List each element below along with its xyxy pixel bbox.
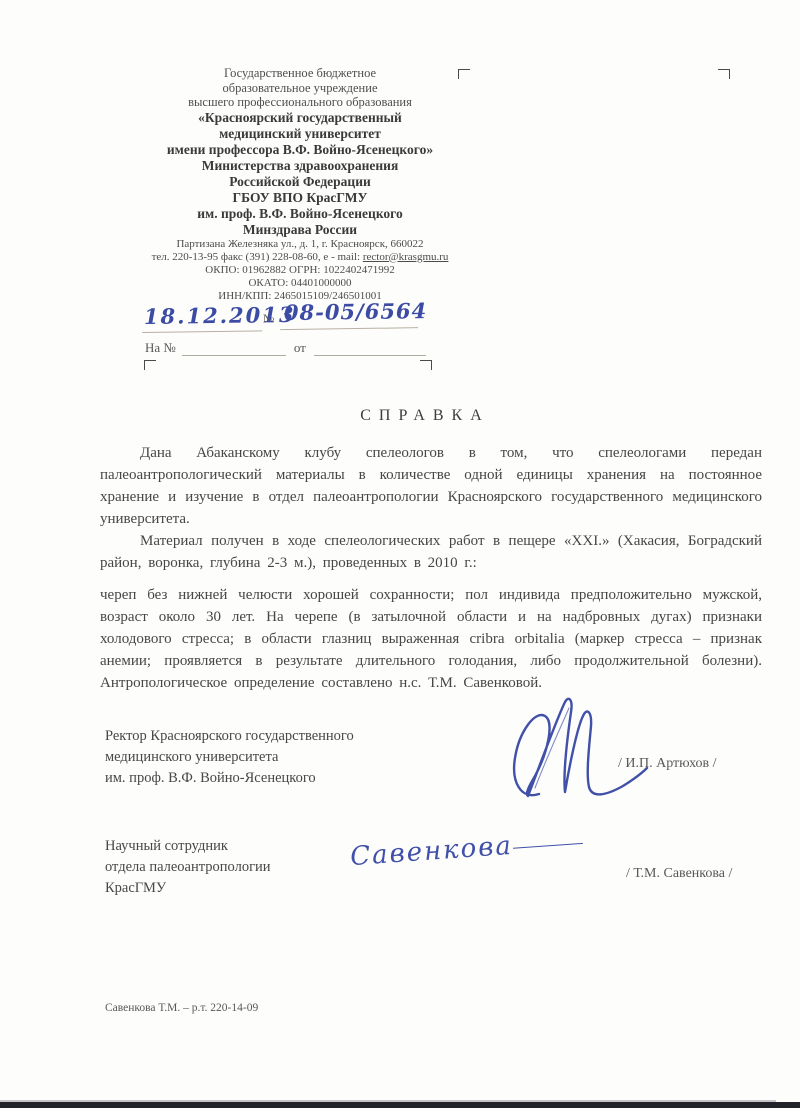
scan-edge-dark — [0, 1102, 800, 1108]
email-text: rector@krasgmu.ru — [363, 251, 449, 263]
org-name-line: Российской Федерации — [95, 174, 505, 190]
footer-contact-note: Савенкова Т.М. – р.т. 220-14-09 — [105, 1002, 258, 1014]
letterhead-type-line: образовательное учреждение — [95, 81, 505, 96]
researcher-handwritten-signature: Савенкова — [349, 826, 583, 872]
body-paragraph-3: череп без нижней челюсти хорошей сохранн… — [100, 584, 762, 694]
corner-mark-top-left-upper — [458, 69, 470, 79]
document-body: Дана Абаканскому клубу спелеологов в том… — [100, 442, 762, 694]
handwritten-number: 08-05/6564 — [284, 298, 428, 325]
reply-ot-label: от — [294, 340, 306, 355]
org-name-line: имени профессора В.Ф. Войно-Ясенецкого» — [95, 142, 505, 158]
role-line: медицинского университета — [105, 747, 354, 768]
contact-line: тел. 220-13-95 факс (391) 228-08-60, e -… — [95, 251, 505, 264]
okato-line: ОКАТО: 04401000000 — [95, 277, 505, 290]
ref-number-underline — [280, 327, 418, 330]
reply-date-field — [314, 342, 426, 356]
letterhead: Государственное бюджетное образовательно… — [95, 66, 505, 303]
contact-prefix: тел. 220-13-95 факс (391) 228-08-60, e -… — [152, 251, 363, 263]
reply-no-label: На № — [145, 340, 176, 355]
role-line: КрасГМУ — [105, 878, 271, 899]
rector-signature-block: Ректор Красноярского государственного ме… — [105, 726, 354, 789]
letterhead-type-line: Государственное бюджетное — [95, 66, 505, 81]
org-name-line: медицинский университет — [95, 126, 505, 142]
researcher-signature-block: Научный сотрудник отдела палеоантрополог… — [105, 836, 271, 899]
number-sign: № — [263, 311, 275, 326]
org-name-line: ГБОУ ВПО КрасГМУ — [95, 190, 505, 206]
corner-mark-top-left-lower — [144, 360, 156, 370]
ref-date-underline — [142, 330, 262, 333]
rector-signature-flourish — [505, 692, 650, 807]
org-name-line: Минздрава России — [95, 222, 505, 238]
org-name-line: Министерства здравоохранения — [95, 158, 505, 174]
body-paragraph-1: Дана Абаканскому клубу спелеологов в том… — [100, 442, 762, 530]
okpo-line: ОКПО: 01962882 ОГРН: 1022402471992 — [95, 264, 505, 277]
address-line: Партизана Железняка ул., д. 1, г. Красно… — [95, 238, 505, 251]
document-title: СПРАВКА — [95, 407, 755, 425]
org-name-line: «Красноярский государственный — [95, 110, 505, 126]
handwritten-signature-text: Савенкова — [349, 831, 514, 872]
outgoing-ref-line: 18.12.2013 № 08-05/6564 — [142, 297, 433, 341]
body-paragraph-2: Материал получен в ходе спелеологических… — [100, 530, 762, 574]
reply-number-field — [182, 342, 286, 356]
corner-mark-top-right-upper — [718, 69, 730, 79]
researcher-name: / Т.М. Савенкова / — [626, 866, 732, 882]
reply-ref-line: На №от — [145, 340, 426, 356]
org-name-line: им. проф. В.Ф. Войно-Ясенецкого — [95, 206, 505, 222]
signature-swash — [513, 843, 583, 849]
role-line: Ректор Красноярского государственного — [105, 726, 354, 747]
letterhead-type-line: высшего профессионального образования — [95, 95, 505, 110]
role-line: им. проф. В.Ф. Войно-Ясенецкого — [105, 768, 354, 789]
role-line: отдела палеоантропологии — [105, 857, 271, 878]
scanned-document-page: Государственное бюджетное образовательно… — [0, 0, 800, 1108]
role-line: Научный сотрудник — [105, 836, 271, 857]
rector-name: / И.П. Артюхов / — [618, 756, 717, 772]
corner-mark-top-right-lower — [420, 360, 432, 370]
